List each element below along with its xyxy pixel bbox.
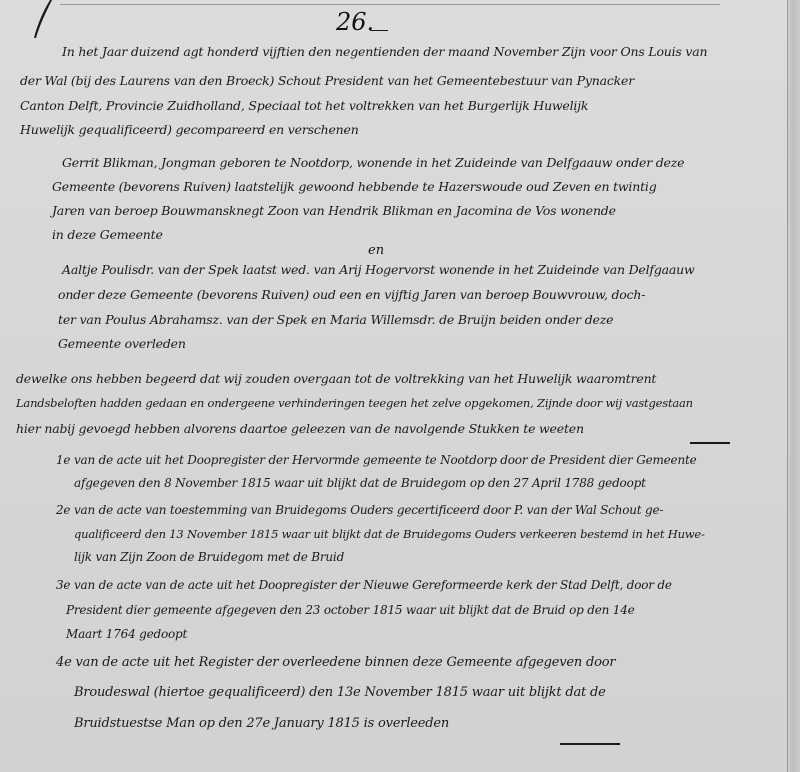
- bride-line-1: Aaltje Poulisdr. van der Spek laatst wed…: [62, 262, 695, 277]
- preamble-line-3: Canton Delft, Provincie Zuidholland, Spe…: [20, 98, 588, 113]
- request-line-3: hier nabij gevoegd hebben alvorens daart…: [16, 421, 584, 436]
- item-2-line-1: 2e van de acte van toestemming van Bruid…: [56, 503, 663, 517]
- item-2-line-3: lijk van Zijn Zoon de Bruidegom met de B…: [74, 550, 344, 564]
- groom-line-3: Jaren van beroep Bouwmansknegt Zoon van …: [52, 203, 616, 218]
- item-2-line-2: qualificeerd den 13 November 1815 waar u…: [74, 527, 705, 541]
- register-page: 26. In het Jaar duizend agt honderd vijf…: [0, 0, 800, 772]
- item-4-line-1: 4e van de acte uit het Register der over…: [56, 655, 615, 670]
- request-end-stroke: [690, 442, 730, 444]
- preamble-line-1: In het Jaar duizend agt honderd vijftien…: [62, 44, 707, 59]
- groom-line-2: Gemeente (bevorens Ruiven) laatstelijk g…: [52, 179, 657, 194]
- item-1-line-1: 1e van de acte uit het Doopregister der …: [56, 453, 697, 467]
- page-number: 26.: [336, 8, 374, 36]
- item-4-line-2: Broudeswal (hiertoe gequalificeerd) den …: [74, 685, 606, 700]
- request-line-1: dewelke ons hebben begeerd dat wij zoude…: [16, 371, 656, 386]
- page-number-dash: [370, 30, 388, 31]
- item-4-line-3: Bruidstuestse Man op den 27e January 181…: [74, 716, 449, 731]
- item-1-line-2: afgegeven den 8 November 1815 waar uit b…: [74, 476, 646, 490]
- separator-en: en: [368, 243, 384, 258]
- bride-line-3: ter van Poulus Abrahamsz. van der Spek e…: [58, 312, 613, 327]
- groom-line-4: in deze Gemeente: [52, 227, 163, 242]
- flourish-stroke-icon: [30, 0, 54, 42]
- closing-stroke: [560, 743, 620, 745]
- bride-line-4: Gemeente overleden: [58, 336, 186, 351]
- preamble-line-4: Huwelijk gequalificeerd) gecompareerd en…: [20, 122, 359, 137]
- page-binding-edge: [787, 0, 800, 772]
- top-rule: [60, 4, 720, 5]
- item-3-line-1: 3e van de acte van de acte uit het Doopr…: [56, 578, 672, 592]
- bride-line-2: onder deze Gemeente (bevorens Ruiven) ou…: [58, 287, 645, 302]
- request-line-2: Landsbeloften hadden gedaan en ondergeen…: [16, 396, 693, 410]
- item-3-line-2: President dier gemeente afgegeven den 23…: [66, 603, 635, 617]
- preamble-line-2: der Wal (bij des Laurens van den Broeck)…: [20, 73, 634, 88]
- item-3-line-3: Maart 1764 gedoopt: [66, 627, 187, 641]
- groom-line-1: Gerrit Blikman, Jongman geboren te Nootd…: [62, 155, 684, 170]
